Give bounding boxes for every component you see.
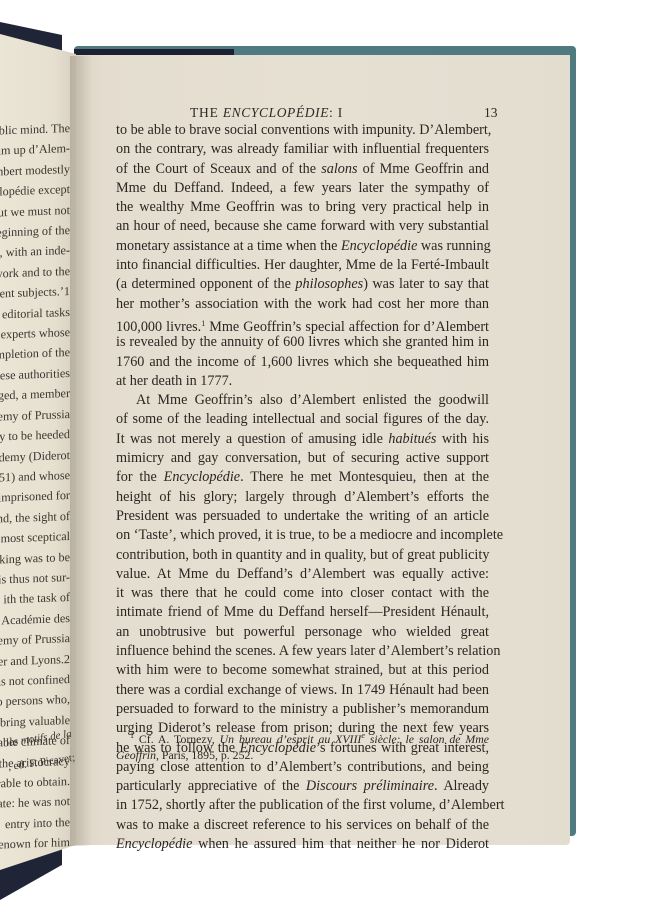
text-line: 1 Cf. A. Tornezy, Un bureau d’esprit au …: [116, 728, 489, 747]
text-line: (a determined opponent of the philosophe…: [116, 275, 489, 294]
text-run: mimicry and gay conversation, but of sec…: [116, 450, 489, 466]
text-run: on the contrary, was already familiar wi…: [116, 141, 489, 157]
text-line: influence behind the scenes. A few years…: [116, 642, 489, 661]
text-run: It was not merely a question of amusing …: [116, 431, 388, 447]
text-line: Mme du Deffand. Indeed, a few years late…: [116, 179, 489, 198]
text-line: to be able to brave social conventions w…: [116, 121, 489, 140]
text-line: Encyclopédie when he assured him that ne…: [116, 835, 489, 854]
text-line: monetary assistance at a time when the E…: [116, 237, 489, 256]
text-run: for the: [116, 469, 164, 485]
italic-text: salons: [321, 161, 357, 177]
text-run: with his: [436, 431, 489, 447]
text-run: was to make a discreet reference to his …: [116, 817, 489, 833]
italic-text: philosophes: [295, 276, 363, 292]
text-run: . There he met Montesquieu, then at the: [240, 469, 489, 485]
footnote: 1 Cf. A. Tornezy, Un bureau d’esprit au …: [116, 728, 489, 763]
text-run: was running: [417, 238, 490, 254]
text-line: for the Encyclopédie. There he met Monte…: [116, 468, 489, 487]
italic-text: Encyclopédie: [341, 238, 417, 254]
text-line: it was there that he could come into clo…: [116, 584, 489, 603]
text-run: the wealthy Mme Geoffrin was to bring ve…: [116, 199, 489, 215]
text-line: on ‘Taste’, which proved, it is true, to…: [116, 526, 489, 545]
text-line: on the contrary, was already familiar wi…: [116, 140, 489, 159]
text-line: the wealthy Mme Geoffrin was to bring ve…: [116, 198, 489, 217]
text-run: particularly appreciative of the: [116, 778, 306, 794]
text-line: of the Court of Sceaux and of the salons…: [116, 160, 489, 179]
text-line: 1760 and the income of 1,600 livres whic…: [116, 353, 489, 372]
text-line: Geoffrin, Paris, 1895, p. 252.: [116, 747, 489, 763]
text-line: is revealed by the annuity of 600 livres…: [116, 333, 489, 352]
text-line: height of his glory; largely through d’A…: [116, 488, 489, 507]
text-run: at her death in 1777.: [116, 373, 232, 389]
text-run: Mme du Deffand. Indeed, a few years late…: [116, 180, 489, 196]
italic-text: Encyclopédie: [164, 469, 240, 485]
text-run: , Paris, 1895, p. 252.: [156, 748, 253, 762]
text-run: contribution, both in quantity and in qu…: [116, 547, 489, 563]
text-line: there was a cordial exchange of views. I…: [116, 681, 489, 700]
text-line: at her death in 1777.: [116, 372, 489, 391]
text-run: of some of the leading intellectual and …: [116, 411, 489, 427]
text-line: an unobtrusive but powerful personage wh…: [116, 623, 489, 642]
text-line: into financial difficulties. Her daughte…: [116, 256, 489, 275]
text-run: on ‘Taste’, which proved, it is true, to…: [116, 527, 503, 543]
text-run: an hour of need, because she came forwar…: [116, 218, 489, 234]
text-line: President was persuaded to undertake the…: [116, 507, 489, 526]
page-number: 13: [484, 105, 498, 121]
text-run: At Mme Geoffrin’s also d’Alembert enlist…: [136, 392, 489, 408]
text-line: persuaded to forward to the ministry a p…: [116, 700, 489, 719]
running-head-title: ENCYCLOPÉDIE: [223, 105, 329, 120]
text-run: with him were to become somewhat straine…: [116, 662, 489, 678]
text-run: to be able to brave social conventions w…: [116, 122, 491, 138]
text-run: President was persuaded to undertake the…: [116, 508, 489, 524]
text-line: contribution, both in quantity and in qu…: [116, 546, 489, 565]
text-run: influence behind the scenes. A few years…: [116, 643, 501, 659]
text-run: 1760 and the income of 1,600 livres whic…: [116, 354, 489, 370]
text-run: of Mme Geoffrin and: [358, 161, 490, 177]
text-run: there was a cordial exchange of views. I…: [116, 682, 489, 698]
text-run: an unobtrusive but powerful personage wh…: [116, 624, 489, 640]
text-run: when he assured him that neither he nor …: [192, 836, 489, 852]
text-line: It was not merely a question of amusing …: [116, 430, 489, 449]
text-run: intimate friend of Mme du Deffand hersel…: [116, 604, 489, 620]
running-head: THE ENCYCLOPÉDIE: I: [190, 105, 343, 121]
italic-text: siècle: le salon de Mme: [365, 732, 489, 746]
text-line: 100,000 livres.1 Mme Geoffrin’s special …: [116, 314, 489, 333]
text-line: mimicry and gay conversation, but of sec…: [116, 449, 489, 468]
text-run: (a determined opponent of the: [116, 276, 295, 292]
text-run: . Already: [434, 778, 489, 794]
text-line: in 1752, shortly after the publication o…: [116, 796, 489, 815]
gutter-shadow: [70, 56, 92, 846]
text-line: her mother’s association with the work h…: [116, 295, 489, 314]
running-head-prefix: THE: [190, 105, 223, 120]
italic-text: Encyclopédie: [116, 836, 192, 852]
text-line: particularly appreciative of the Discour…: [116, 777, 489, 796]
text-run: monetary assistance at a time when the: [116, 238, 341, 254]
text-line: value. At Mme du Deffand’s d’Alembert wa…: [116, 565, 489, 584]
text-run: of the Court of Sceaux and of the: [116, 161, 321, 177]
text-run: ) was later to say that: [363, 276, 489, 292]
text-line: was to make a discreet reference to his …: [116, 816, 489, 835]
text-line: of some of the leading intellectual and …: [116, 410, 489, 429]
text-run: her mother’s association with the work h…: [116, 296, 489, 312]
text-run: height of his glory; largely through d’A…: [116, 489, 489, 505]
italic-text: Discours préliminaire: [306, 778, 434, 794]
running-head-suffix: : I: [329, 105, 343, 120]
italic-text: Un bureau d’esprit au XVIII: [220, 732, 362, 746]
text-line: intimate friend of Mme du Deffand hersel…: [116, 603, 489, 622]
italic-text: habitués: [388, 431, 436, 447]
left-page: ublic mind. Thesum up d’Alem-embert mode…: [0, 34, 76, 870]
text-run: value. At Mme du Deffand’s d’Alembert wa…: [116, 566, 489, 582]
text-line: At Mme Geoffrin’s also d’Alembert enlist…: [116, 391, 489, 410]
text-run: is revealed by the annuity of 600 livres…: [116, 334, 489, 350]
text-run: Cf. A. Tornezy,: [134, 732, 220, 746]
text-run: into financial difficulties. Her daughte…: [116, 257, 489, 273]
text-run: it was there that he could come into clo…: [116, 585, 489, 601]
text-line: an hour of need, because she came forwar…: [116, 217, 489, 236]
text-run: in 1752, shortly after the publication o…: [116, 797, 505, 813]
text-run: persuaded to forward to the ministry a p…: [116, 701, 489, 717]
italic-text: Geoffrin: [116, 748, 156, 762]
text-line: with him were to become somewhat straine…: [116, 661, 489, 680]
